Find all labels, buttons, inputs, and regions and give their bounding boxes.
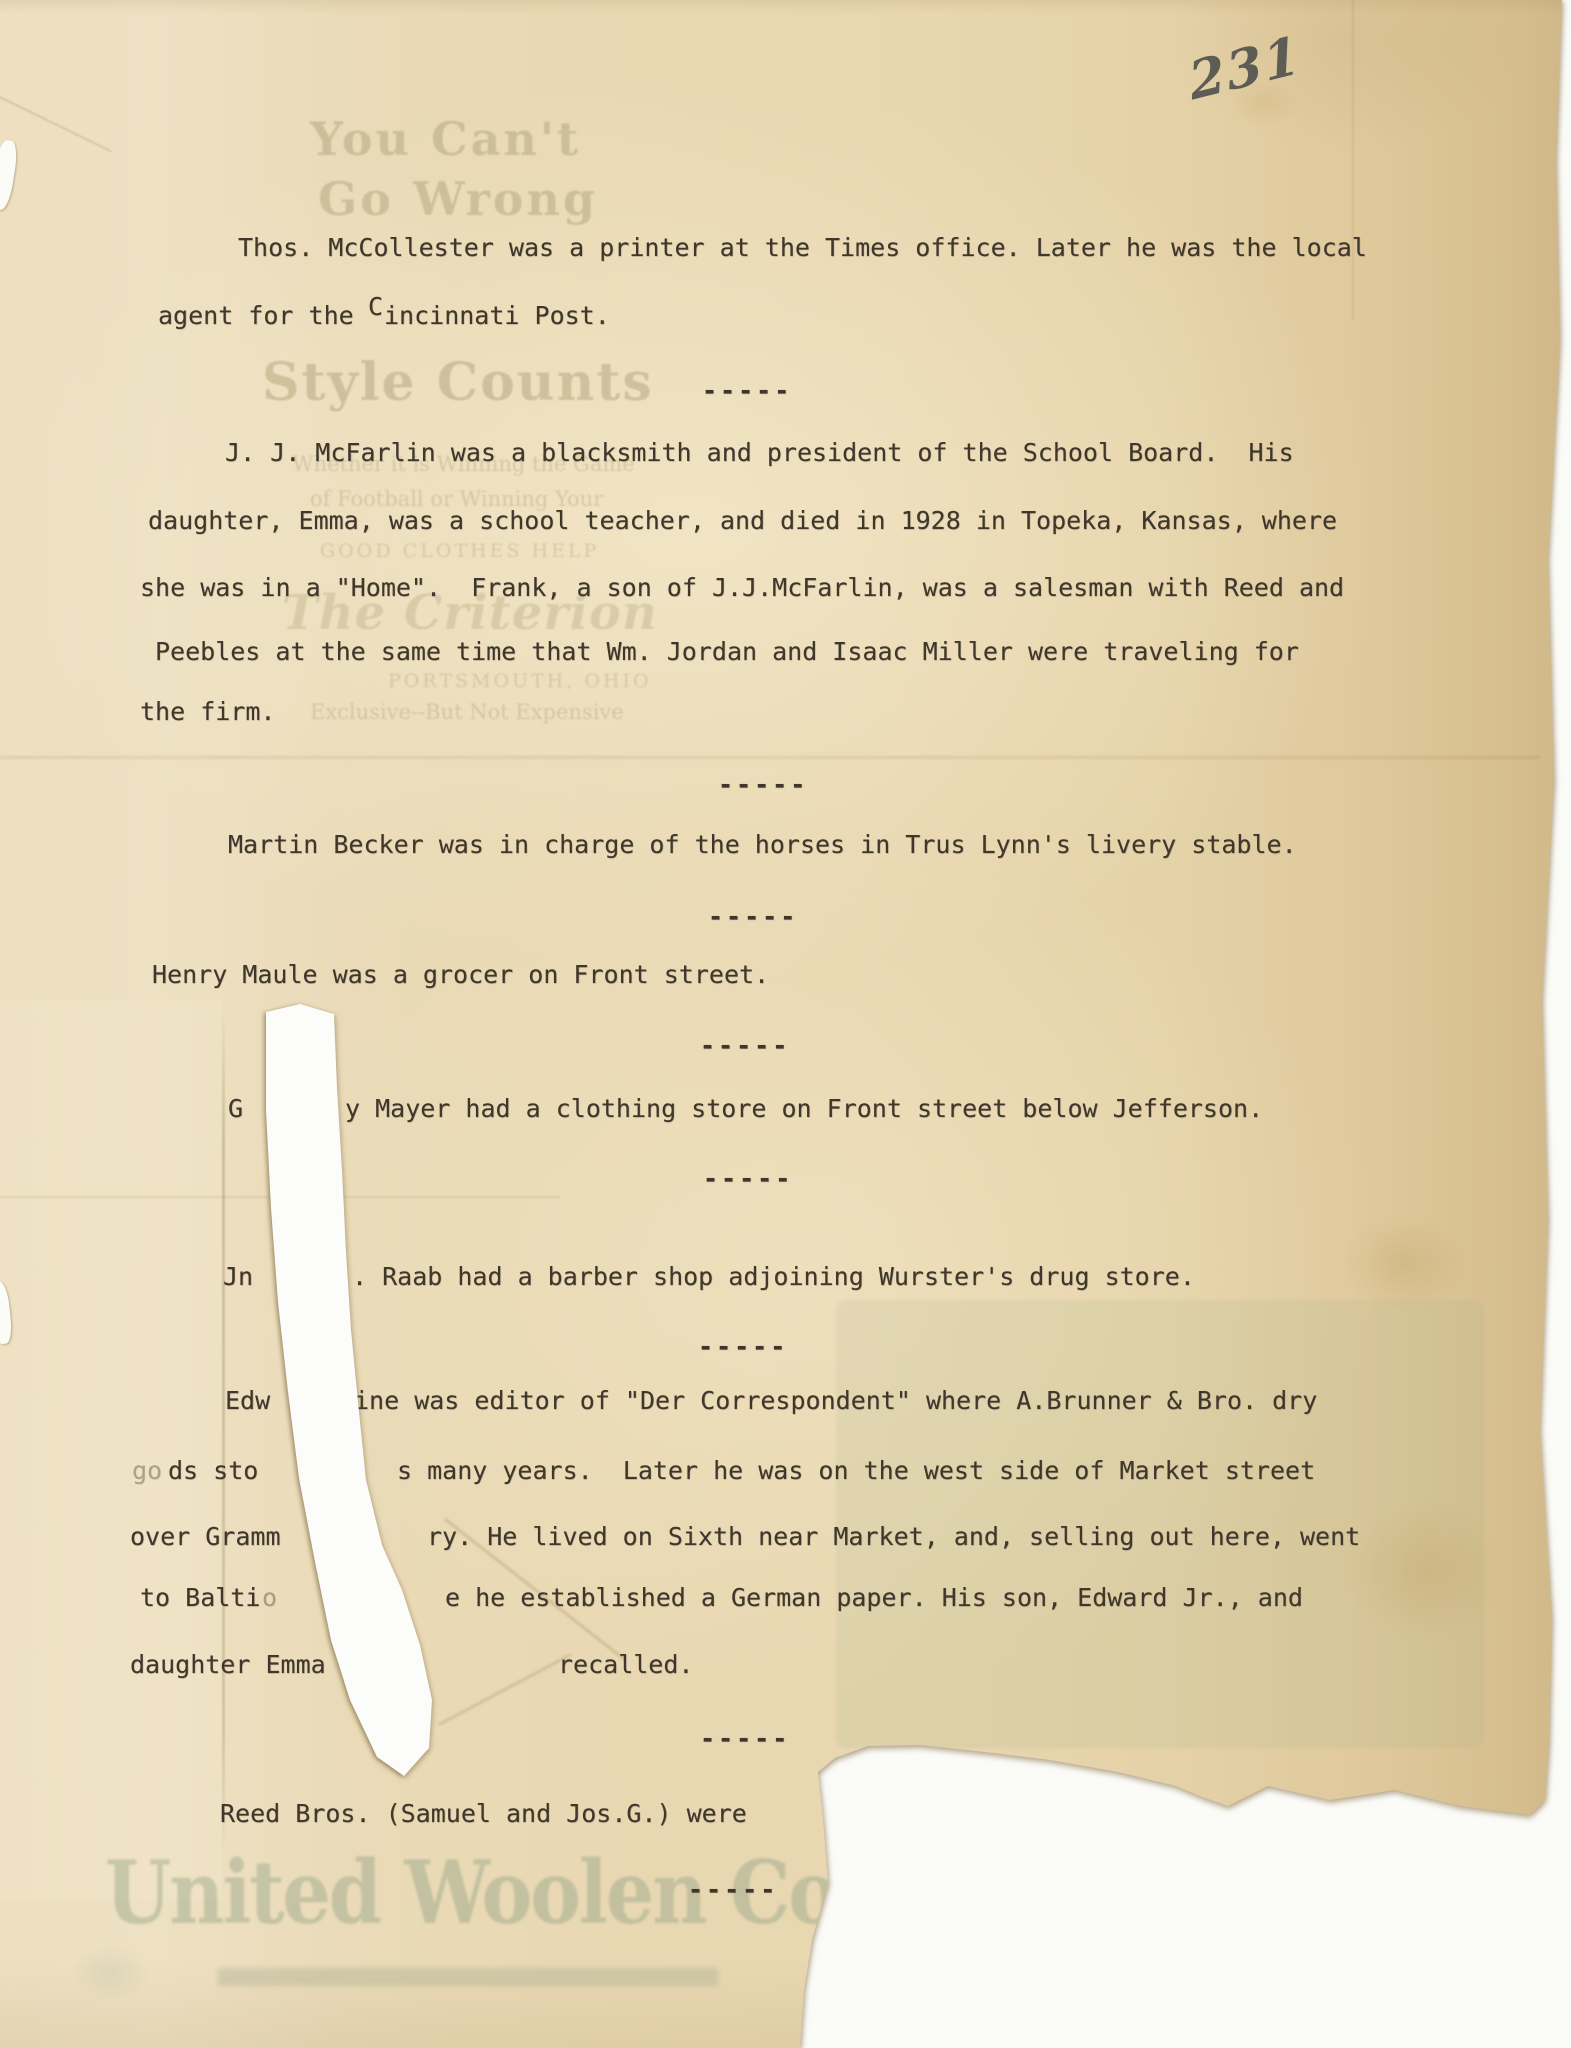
typed-line: she was in a "Home". Frank, a son of J.J… xyxy=(0,573,1571,603)
typed-line: gods stos many years. Later he was on th… xyxy=(0,1456,1571,1486)
typed-line: Martin Becker was in charge of the horse… xyxy=(0,830,1571,860)
ghost-text: Go Wrong xyxy=(318,172,598,226)
typed-text-segment: she was in a "Home". Frank, a son of J.J… xyxy=(140,573,1344,602)
typed-text-segment: ry. He lived on Sixth near Market, and, … xyxy=(427,1522,1360,1551)
ghost-underline-band xyxy=(218,1968,718,1986)
crease-vertical xyxy=(222,1008,225,1858)
typed-text-segment: G xyxy=(228,1094,243,1123)
dash-separator: ----- xyxy=(702,376,792,405)
typed-line: daughter, Emma, was a school teacher, an… xyxy=(0,506,1571,536)
typed-text-segment: go xyxy=(132,1456,162,1485)
typed-text-segment: e he established a German paper. His son… xyxy=(445,1583,1303,1612)
typed-text-segment: Henry Maule was a grocer on Front street… xyxy=(152,960,769,989)
typed-text-segment: o xyxy=(262,1583,277,1612)
typed-text-segment: Reed Bros. (Samuel and Jos.G.) were xyxy=(220,1799,747,1828)
typed-text-segment: agent for the xyxy=(158,301,369,330)
typed-line: to Baltioe he established a German paper… xyxy=(0,1583,1571,1613)
typed-line: J. J. McFarlin was a blacksmith and pres… xyxy=(0,438,1571,468)
dash-separator: ----- xyxy=(688,1875,778,1904)
crease-vertical xyxy=(1352,0,1354,320)
typed-text-segment: daughter, Emma, was a school teacher, an… xyxy=(148,506,1337,535)
typed-text-segment: Jn xyxy=(223,1262,253,1291)
stain-spot xyxy=(70,1945,150,2000)
typed-line: Thos. McCollester was a printer at the T… xyxy=(0,233,1571,263)
dash-separator: ----- xyxy=(698,1332,788,1361)
typed-text-segment: the firm. xyxy=(140,697,275,726)
typed-text-segment: Thos. McCollester was a printer at the T… xyxy=(238,233,1367,262)
typed-text-segment: Martin Becker was in charge of the horse… xyxy=(228,830,1297,859)
typed-text-segment: recalled. xyxy=(558,1650,693,1679)
typed-text-segment: ds sto xyxy=(168,1456,258,1485)
paper-fold-light-band xyxy=(0,1000,222,1900)
dash-separator: ----- xyxy=(700,1031,790,1060)
typed-line: over Grammry. He lived on Sixth near Mar… xyxy=(0,1522,1571,1552)
dash-separator: ----- xyxy=(703,1164,793,1193)
paper-shadow-wrap: You Can'tGo WrongStyle CountsWhether it … xyxy=(0,0,1571,2048)
typed-line: Reed Bros. (Samuel and Jos.G.) were xyxy=(0,1799,1571,1829)
stain-spot xyxy=(1345,1500,1505,1640)
typed-line: Henry Maule was a grocer on Front street… xyxy=(0,960,1571,990)
ghost-text: PORTSMOUTH, OHIO xyxy=(388,670,652,692)
typed-line: the firm. xyxy=(0,697,1571,727)
typed-line: Gy Mayer had a clothing store on Front s… xyxy=(0,1094,1571,1124)
dash-separator: ----- xyxy=(708,902,798,931)
typed-text-segment: Edw xyxy=(225,1386,270,1415)
typed-line: Jn. Raab had a barber shop adjoining Wur… xyxy=(0,1262,1571,1292)
typed-text-segment: s many years. Later he was on the west s… xyxy=(397,1456,1315,1485)
typed-line: agent for the Cincinnati Post. xyxy=(0,301,1571,331)
typed-line: daughter Emmarecalled. xyxy=(0,1650,1571,1680)
typed-text-segment: C xyxy=(368,292,383,321)
typed-text-segment: to Balti xyxy=(140,1583,260,1612)
dash-separator: ----- xyxy=(718,770,808,799)
typed-text-segment: incinnati Post. xyxy=(384,301,610,330)
typed-text-segment: over Gramm xyxy=(130,1522,281,1551)
typed-text-segment: . Raab had a barber shop adjoining Wurst… xyxy=(352,1262,1195,1291)
document-scan: You Can'tGo WrongStyle CountsWhether it … xyxy=(0,0,1571,2048)
typed-line: Edwine was editor of "Der Correspondent"… xyxy=(0,1386,1571,1416)
page-number-handwritten: 231 xyxy=(1185,24,1305,112)
ghost-text: Style Counts xyxy=(262,352,654,413)
ghost-text: GOOD CLOTHES HELP xyxy=(320,540,599,562)
typed-line: Peebles at the same time that Wm. Jordan… xyxy=(0,637,1571,667)
dash-separator: ----- xyxy=(700,1724,790,1753)
ink-speck xyxy=(1126,1874,1132,1881)
ghost-text: You Can't xyxy=(310,112,581,166)
typed-text-segment: Peebles at the same time that Wm. Jordan… xyxy=(155,637,1299,666)
typed-text-segment: ine was editor of "Der Correspondent" wh… xyxy=(354,1386,1317,1415)
crease-horizontal xyxy=(0,1196,560,1198)
typed-text-segment: y Mayer had a clothing store on Front st… xyxy=(345,1094,1263,1123)
typed-text-segment: J. J. McFarlin was a blacksmith and pres… xyxy=(225,438,1294,467)
paper-page: You Can'tGo WrongStyle CountsWhether it … xyxy=(0,0,1571,2048)
typed-text-segment: daughter Emma xyxy=(130,1650,326,1679)
crease-diagonal xyxy=(0,94,112,153)
crease-horizontal xyxy=(0,756,1540,759)
